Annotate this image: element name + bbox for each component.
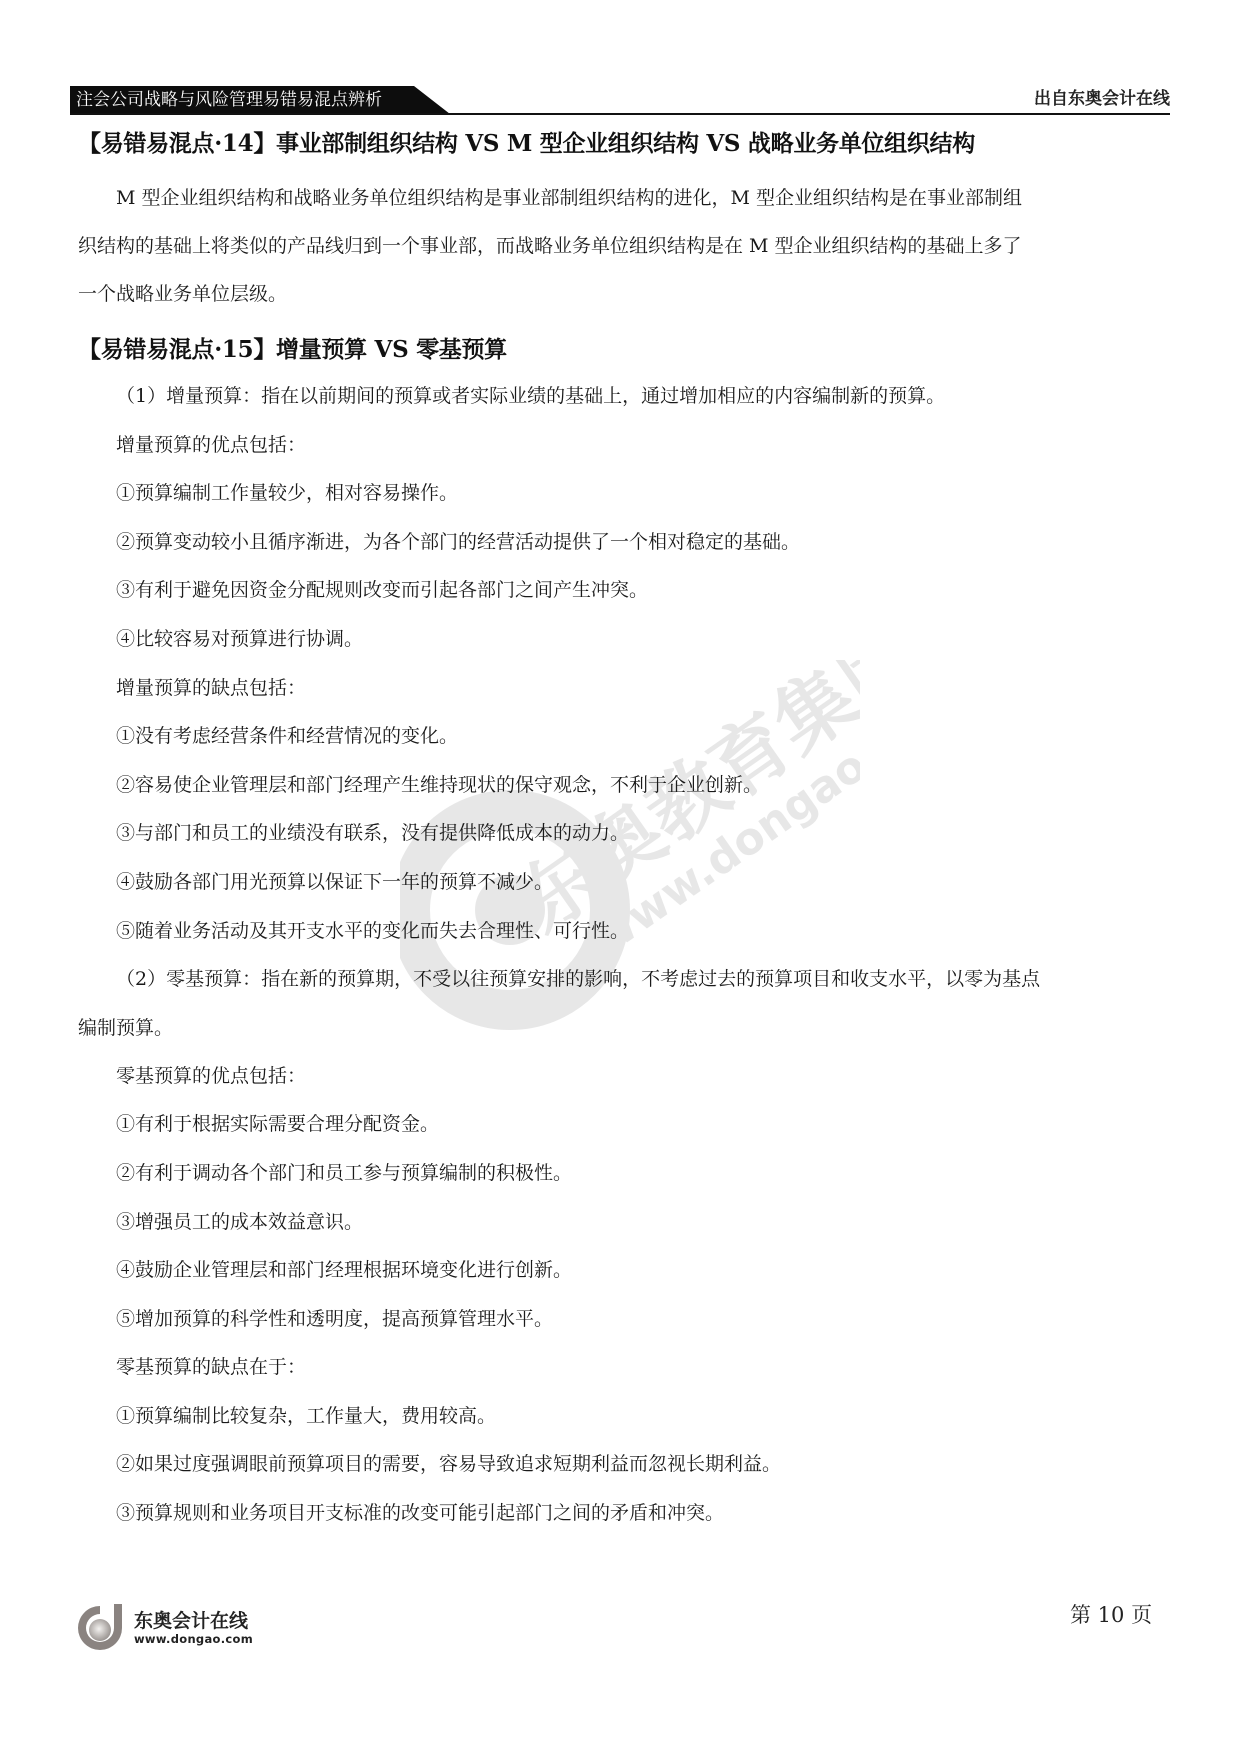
logo-brand-name: 东奥会计在线 <box>134 1606 248 1633</box>
logo-url: www.dongao.com <box>134 1632 253 1646</box>
header-source-label: 出自东奥会计在线 <box>1034 88 1170 110</box>
zero-based-disadvantages-heading: 零基预算的缺点在于： <box>78 1343 1168 1392</box>
document-series-title: 注会公司战略与风险管理易错易混点辨析 <box>76 89 382 111</box>
incremental-budget-block: （1）增量预算：指在以前期间的预算或者实际业绩的基础上，通过增加相应的内容编制新… <box>78 372 1168 955</box>
list-item: ②容易使企业管理层和部门经理产生维持现状的保守观念，不利于企业创新。 <box>78 761 1168 810</box>
zero-based-definition-line-2: 编制预算。 <box>78 1004 1168 1052</box>
list-item: ③有利于避免因资金分配规则改变而引起各部门之间产生冲突。 <box>78 566 1168 615</box>
list-item: ③增强员工的成本效益意识。 <box>78 1198 1168 1247</box>
footer-logo: 东奥会计在线 www.dongao.com <box>72 1600 312 1660</box>
header-divider <box>70 113 1170 115</box>
section-15-title: 【易错易混点·15】增量预算 VS 零基预算 <box>78 330 1168 370</box>
section-14-line: M 型企业组织结构和战略业务单位组织结构是事业部制组织结构的进化，M 型企业组织… <box>78 174 1168 222</box>
zero-based-definition-line-1: （2）零基预算：指在新的预算期，不受以往预算安排的影响，不考虑过去的预算项目和收… <box>78 955 1168 1004</box>
incremental-disadvantages-heading: 增量预算的缺点包括： <box>78 664 1168 713</box>
list-item: ④鼓励企业管理层和部门经理根据环境变化进行创新。 <box>78 1246 1168 1295</box>
page-header: 注会公司战略与风险管理易错易混点辨析 出自东奥会计在线 <box>70 86 1170 114</box>
zero-based-advantages-heading: 零基预算的优点包括： <box>78 1052 1168 1101</box>
list-item: ①没有考虑经营条件和经营情况的变化。 <box>78 712 1168 761</box>
list-item: ⑤增加预算的科学性和透明度，提高预算管理水平。 <box>78 1295 1168 1344</box>
incremental-definition: （1）增量预算：指在以前期间的预算或者实际业绩的基础上，通过增加相应的内容编制新… <box>78 372 1168 421</box>
incremental-advantages-heading: 增量预算的优点包括： <box>78 421 1168 470</box>
section-14-line: 织结构的基础上将类似的产品线归到一个事业部，而战略业务单位组织结构是在 M 型企… <box>78 222 1168 270</box>
list-item: ③与部门和员工的业绩没有联系，没有提供降低成本的动力。 <box>78 809 1168 858</box>
list-item: ①预算编制比较复杂，工作量大，费用较高。 <box>78 1392 1168 1441</box>
list-item: ④鼓励各部门用光预算以保证下一年的预算不减少。 <box>78 858 1168 907</box>
page-number: 第 10 页 <box>1070 1600 1152 1630</box>
list-item: ②如果过度强调眼前预算项目的需要，容易导致追求短期利益而忽视长期利益。 <box>78 1440 1168 1489</box>
list-item: ②有利于调动各个部门和员工参与预算编制的积极性。 <box>78 1149 1168 1198</box>
zero-based-budget-block: （2）零基预算：指在新的预算期，不受以往预算安排的影响，不考虑过去的预算项目和收… <box>78 955 1168 1538</box>
section-14-line: 一个战略业务单位层级。 <box>78 270 1168 318</box>
list-item: ⑤随着业务活动及其开支水平的变化而失去合理性、可行性。 <box>78 907 1168 956</box>
section-14-title: 【易错易混点·14】事业部制组织结构 VS M 型企业组织结构 VS 战略业务单… <box>78 124 1168 164</box>
list-item: ④比较容易对预算进行协调。 <box>78 615 1168 664</box>
list-item: ①预算编制工作量较少，相对容易操作。 <box>78 469 1168 518</box>
section-14-paragraph: M 型企业组织结构和战略业务单位组织结构是事业部制组织结构的进化，M 型企业组织… <box>78 174 1168 318</box>
list-item: ③预算规则和业务项目开支标准的改变可能引起部门之间的矛盾和冲突。 <box>78 1489 1168 1538</box>
dongao-logo-icon <box>72 1600 128 1656</box>
document-body: 【易错易混点·14】事业部制组织结构 VS M 型企业组织结构 VS 战略业务单… <box>78 124 1168 1538</box>
list-item: ①有利于根据实际需要合理分配资金。 <box>78 1100 1168 1149</box>
list-item: ②预算变动较小且循序渐进，为各个部门的经营活动提供了一个相对稳定的基础。 <box>78 518 1168 567</box>
